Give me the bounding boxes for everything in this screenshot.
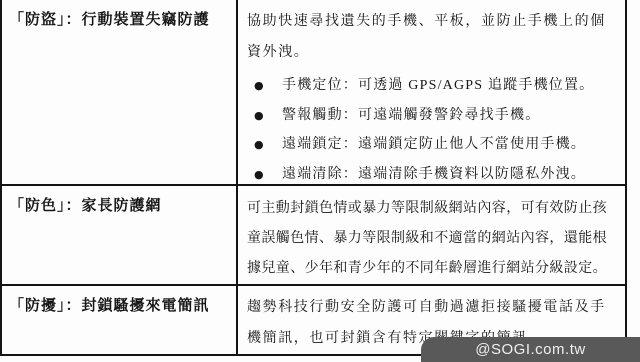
scanned-feature-table-page: 「防盜」：行動裝置失竊防護 協助快速尋找遺失的手機、平板，並防止手機上的個資外洩… — [0, 0, 640, 362]
description-cell: 可主動封鎖色情或暴力等限制級網站內容，可有效防止孩童誤觸色情、暴力等限制級和不適… — [238, 186, 625, 284]
bullet-item: ● 警報觸動：可遠端觸發警鈴尋找手機。 — [247, 101, 620, 131]
feature-cell: 「防盜」：行動裝置失竊防護 — [2, 0, 238, 184]
bullet-icon: ● — [247, 101, 282, 131]
bullet-item: ● 手機定位：可透過 GPS/AGPS 追蹤手機位置。 — [247, 71, 620, 101]
watermark: @SOGI.com.tw — [421, 337, 640, 362]
table-row: 「防色」：家長防護網 可主動封鎖色情或暴力等限制級網站內容，可有效防止孩童誤觸色… — [2, 186, 625, 286]
bullet-item: ● 遠端鎖定：遠端鎖定防止他人不當使用手機。 — [247, 130, 620, 160]
bullet-icon: ● — [247, 71, 282, 101]
bullet-text: 遠端鎖定：遠端鎖定防止他人不當使用手機。 — [282, 130, 620, 160]
bullet-icon: ● — [247, 130, 282, 160]
bullet-list: ● 手機定位：可透過 GPS/AGPS 追蹤手機位置。 ● 警報觸動：可遠端觸發… — [247, 71, 620, 189]
bullet-text: 警報觸動：可遠端觸發警鈴尋找手機。 — [282, 101, 620, 131]
feature-cell: 「防色」：家長防護網 — [2, 186, 238, 284]
description-text: 協助快速尋找遺失的手機、平板，並防止手機上的個資外洩。 — [247, 6, 620, 68]
feature-table: 「防盜」：行動裝置失竊防護 協助快速尋找遺失的手機、平板，並防止手機上的個資外洩… — [0, 0, 627, 356]
bullet-item: ● 遠端清除：遠端清除手機資料以防隱私外洩。 — [247, 160, 620, 190]
table-row: 「防盜」：行動裝置失竊防護 協助快速尋找遺失的手機、平板，並防止手機上的個資外洩… — [2, 0, 625, 186]
bullet-icon: ● — [247, 160, 282, 190]
feature-cell: 「防擾」：封鎖騷擾來電簡訊 — [2, 286, 238, 354]
watermark-text: @SOGI.com.tw — [475, 341, 585, 358]
bullet-text: 手機定位：可透過 GPS/AGPS 追蹤手機位置。 — [282, 71, 620, 101]
description-cell: 協助快速尋找遺失的手機、平板，並防止手機上的個資外洩。 ● 手機定位：可透過 G… — [238, 0, 625, 184]
bullet-text: 遠端清除：遠端清除手機資料以防隱私外洩。 — [282, 160, 620, 190]
description-text: 可主動封鎖色情或暴力等限制級網站內容，可有效防止孩童誤觸色情、暴力等限制級和不適… — [247, 192, 620, 284]
